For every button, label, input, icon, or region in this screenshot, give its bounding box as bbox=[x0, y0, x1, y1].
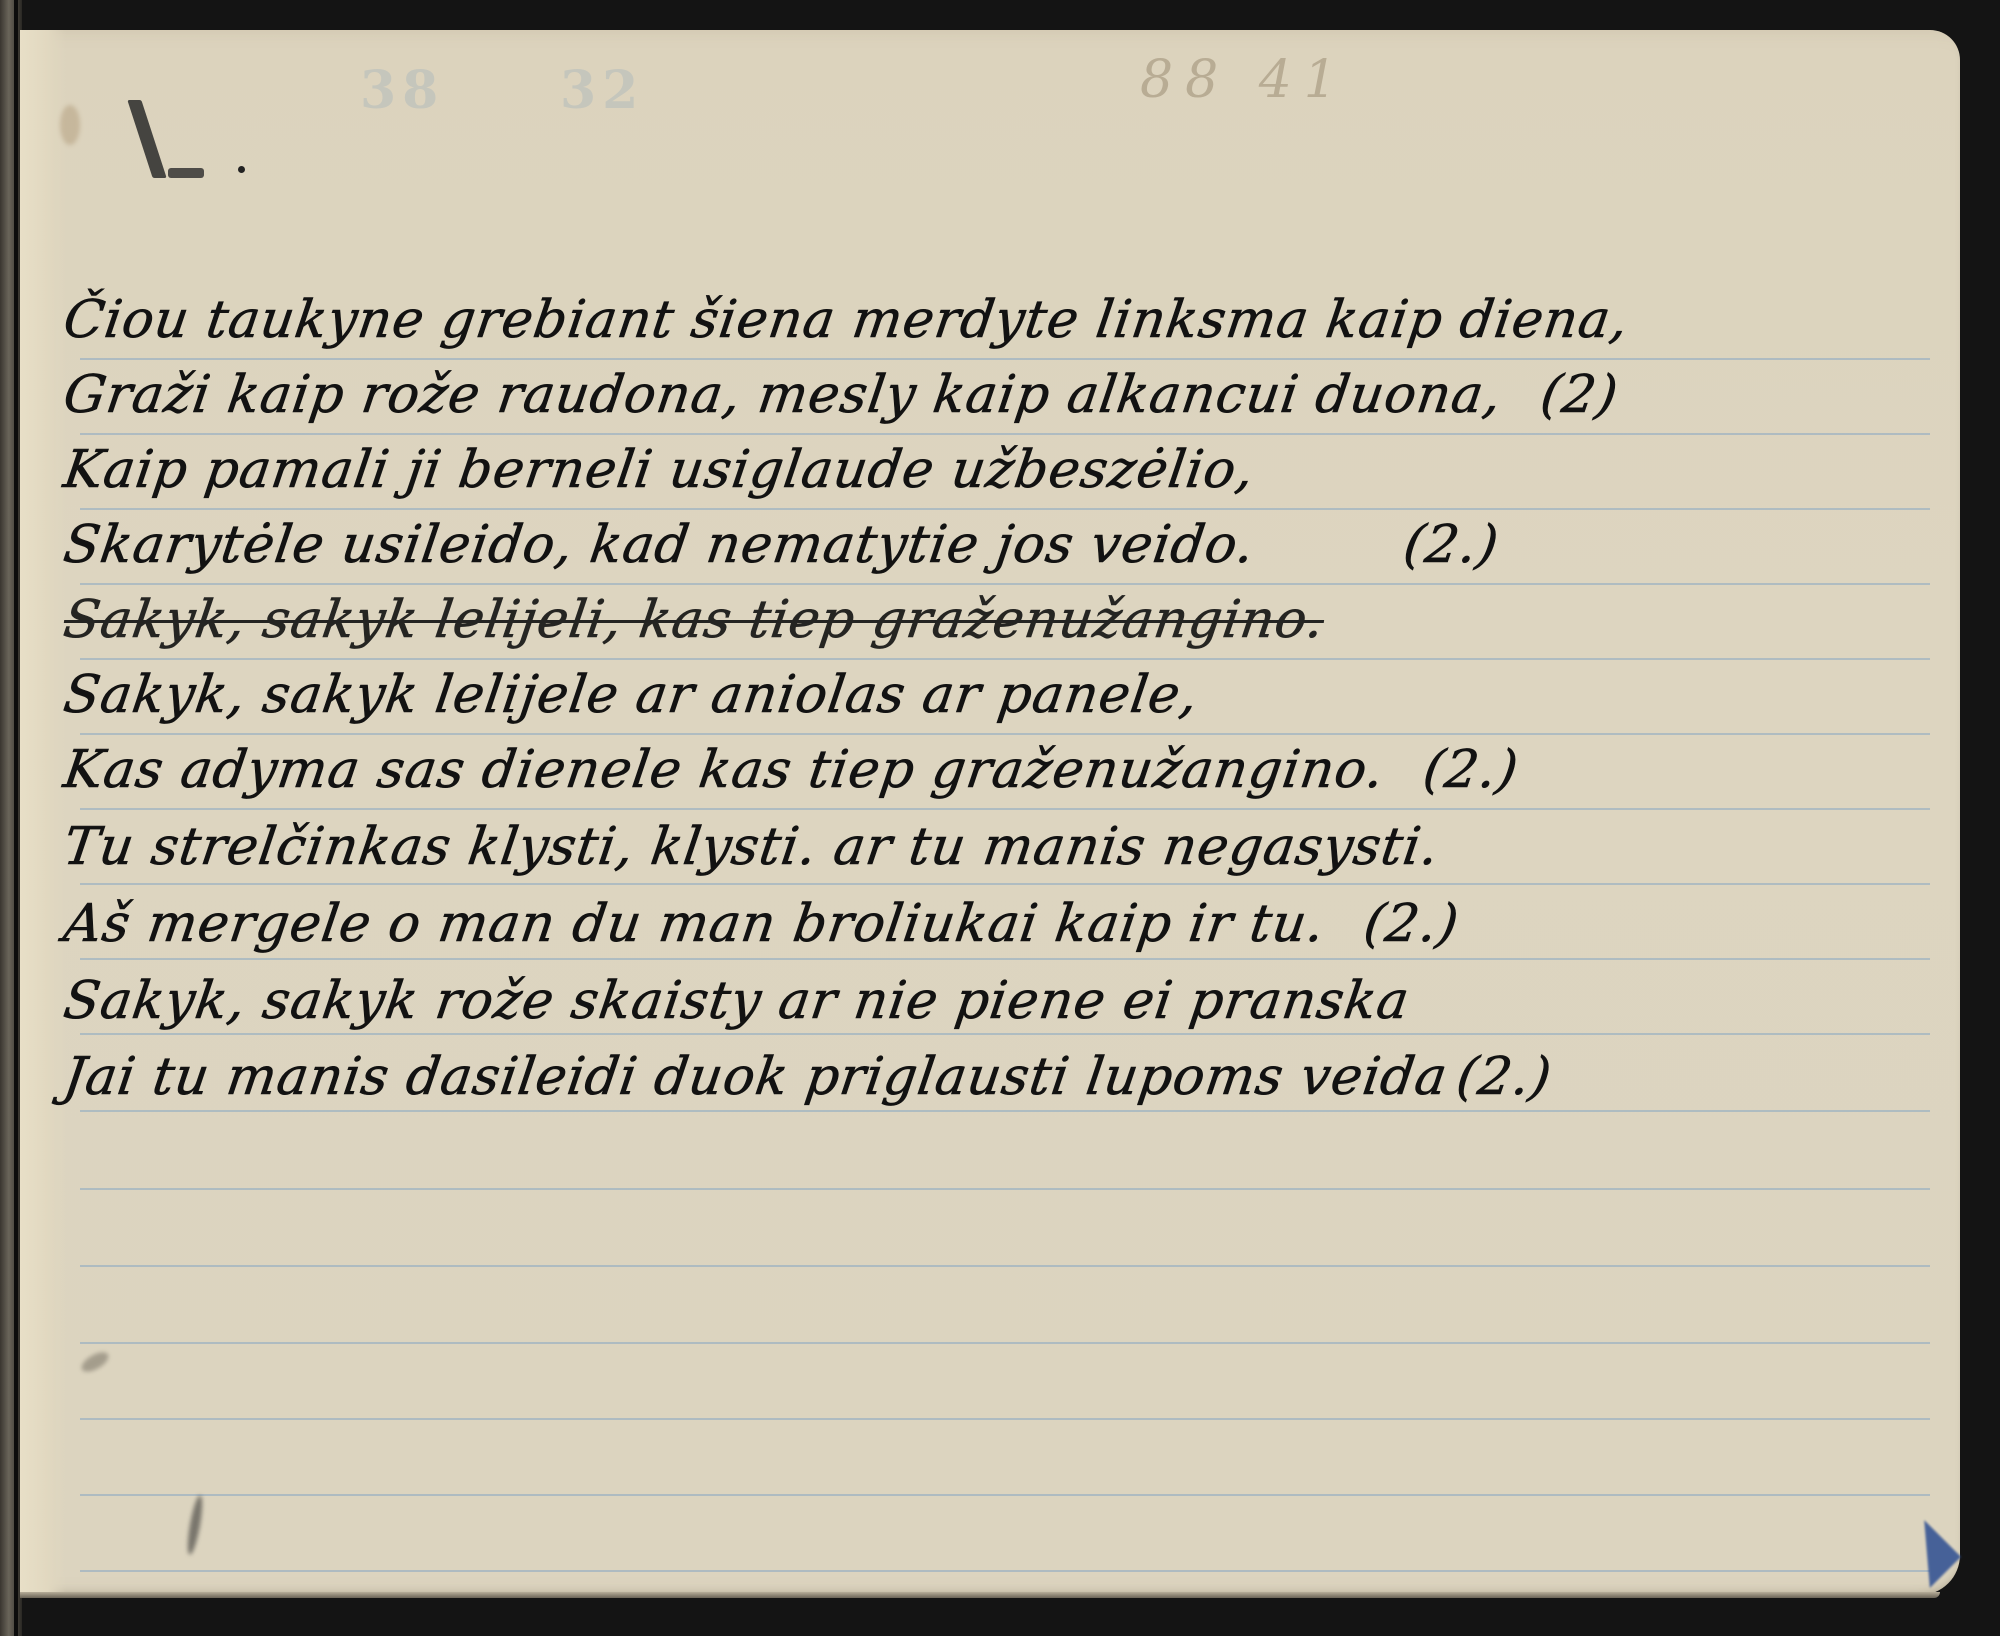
corner-letter-mark-foot bbox=[168, 168, 204, 178]
ruled-line bbox=[80, 1110, 1930, 1112]
verse-line: Kas adyma sas dienele kas tiep graženuža… bbox=[60, 740, 1522, 800]
ruled-line bbox=[80, 1570, 1930, 1572]
corner-letter-dot bbox=[238, 166, 245, 173]
bleed-through-number: 38 bbox=[360, 60, 444, 121]
ruled-line bbox=[80, 508, 1930, 510]
ruled-line bbox=[80, 808, 1930, 810]
ruled-line bbox=[80, 583, 1930, 585]
bleed-through-number: 32 bbox=[560, 60, 644, 121]
ruled-line bbox=[80, 958, 1930, 960]
ruled-line bbox=[80, 433, 1930, 435]
verse-line: Sakyk, sakyk lelijele ar aniolas ar pane… bbox=[60, 665, 1242, 725]
verse-line: Aš mergele o man du man broliukai kaip i… bbox=[60, 894, 1463, 954]
page-gutter bbox=[20, 30, 66, 1595]
verse-line: Skarytėle usileido, kad nematytie jos ve… bbox=[60, 515, 1503, 575]
binding-edge bbox=[14, 0, 18, 1636]
verse-line: Graži kaip rože raudona, mesly kaip alka… bbox=[60, 365, 1622, 425]
page-stain bbox=[60, 105, 80, 145]
verse-line: Tu strelčinkas klysti, klysti. ar tu man… bbox=[60, 817, 1483, 877]
ruled-line bbox=[80, 733, 1930, 735]
verse-line: Jai tu manis dasileidi duok priglausti l… bbox=[60, 1047, 1556, 1107]
verse-line: Čiou taukyne grebiant šiena merdyte link… bbox=[60, 290, 1672, 350]
ruled-line bbox=[80, 1418, 1930, 1420]
ruled-line bbox=[80, 1188, 1930, 1190]
verse-line: Kaip pamali ji berneli usiglaude užbeszė… bbox=[60, 440, 1298, 500]
ruled-line bbox=[80, 1033, 1930, 1035]
bleed-through-number: 88 41 bbox=[1140, 50, 1349, 110]
ruled-line bbox=[80, 1265, 1930, 1267]
ruled-line bbox=[80, 358, 1930, 360]
ruled-line bbox=[80, 1494, 1930, 1496]
ruled-line bbox=[80, 658, 1930, 660]
notebook-page bbox=[20, 30, 1960, 1595]
notebook-binding bbox=[0, 0, 22, 1636]
page-bottom-edge bbox=[20, 1592, 1940, 1598]
verse-line-struck-through: Sakyk, sakyk lelijeli, kas tiep graženuž… bbox=[60, 590, 1368, 650]
ruled-line bbox=[80, 883, 1930, 885]
verse-line: Sakyk, sakyk rože skaisty ar nie piene e… bbox=[60, 971, 1453, 1031]
ruled-line bbox=[80, 1342, 1930, 1344]
